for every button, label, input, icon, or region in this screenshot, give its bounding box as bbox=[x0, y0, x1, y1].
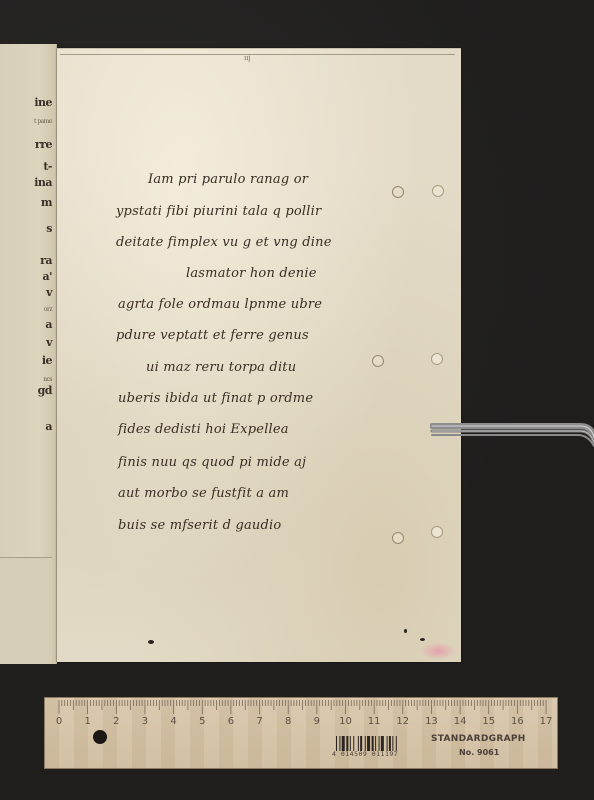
manuscript-line: uberis ibida ut finat p ordme bbox=[118, 391, 313, 406]
barcode-number: 4 014509 011197 bbox=[332, 750, 398, 758]
barcode bbox=[336, 736, 420, 751]
left-page-fragment: ra bbox=[40, 254, 52, 267]
ruler-number: 6 bbox=[228, 716, 234, 727]
ruled-line bbox=[60, 54, 455, 55]
ruler-number: 14 bbox=[454, 716, 467, 727]
ruler-number: 4 bbox=[170, 716, 176, 727]
manuscript-line: fides dedisti hoi Expellea bbox=[118, 422, 289, 437]
left-page-fragment: orz bbox=[44, 306, 52, 313]
left-page-fragment: gd bbox=[38, 384, 52, 397]
ruler-model: No. 9061 bbox=[459, 748, 499, 757]
ruler-number: 15 bbox=[482, 716, 495, 727]
ruler-number: 8 bbox=[285, 716, 291, 727]
left-page-fragment: v bbox=[46, 336, 52, 349]
ruler-number: 5 bbox=[199, 716, 205, 727]
manuscript-line: Iam pri parulo ranag or bbox=[148, 172, 308, 187]
left-page-fragment: ncs bbox=[43, 376, 52, 383]
manuscript-line: finis nuu qs quod pi mide aj bbox=[118, 455, 306, 470]
sewing-hole bbox=[432, 185, 444, 197]
sewing-hole bbox=[431, 353, 443, 365]
ruler-number: 9 bbox=[314, 716, 320, 727]
ruler-number: 11 bbox=[368, 716, 381, 727]
ruler-number: 2 bbox=[113, 716, 119, 727]
manuscript-line: agrta fole ordmau lpnme ubre bbox=[118, 297, 322, 312]
left-page-fragment: a bbox=[45, 318, 52, 331]
left-page-fragment: m bbox=[41, 196, 52, 209]
manuscript-line: ypstati fibi piurini tala q pollir bbox=[116, 204, 321, 219]
metal-page-clip bbox=[430, 420, 594, 490]
ruler-brand: STANDARDGRAPH bbox=[431, 734, 526, 744]
manuscript-line: deitate fimplex vu g et vng dine bbox=[116, 235, 332, 250]
manuscript-line: aut morbo se fustfit a am bbox=[118, 486, 289, 501]
manuscript-leaf bbox=[57, 48, 461, 662]
ruler-hanging-hole bbox=[93, 730, 107, 744]
ruler-number: 3 bbox=[142, 716, 148, 727]
ruler-number: 10 bbox=[339, 716, 352, 727]
left-page-fragment: a bbox=[45, 420, 52, 433]
ruler-number: 7 bbox=[256, 716, 262, 727]
left-page-fragment: t pame bbox=[34, 118, 52, 125]
left-page: inet pamerret-inamsraa'vorzaviencsgda bbox=[0, 44, 57, 664]
left-page-fragment: rre bbox=[35, 138, 52, 151]
sewing-hole bbox=[431, 526, 443, 538]
ruler-number: 17 bbox=[540, 716, 553, 727]
left-page-fragment: s bbox=[46, 222, 52, 235]
ruler-number: 12 bbox=[396, 716, 409, 727]
sewing-hole bbox=[372, 355, 384, 367]
manuscript-line: lasmator hon denie bbox=[186, 266, 317, 281]
manuscript-line: buis se mfserit d gaudio bbox=[118, 518, 281, 533]
ink-spot bbox=[404, 629, 407, 633]
manuscript-line: ui maz reru torpa ditu bbox=[146, 360, 296, 375]
ruler-number: 1 bbox=[84, 716, 90, 727]
left-page-fragment: ina bbox=[34, 176, 52, 189]
left-page-fragment: ie bbox=[42, 354, 52, 367]
left-page-fragment: a' bbox=[43, 270, 53, 283]
ruler-number: 0 bbox=[56, 716, 62, 727]
left-page-fragment: t- bbox=[43, 160, 52, 173]
ink-spot bbox=[420, 638, 425, 641]
left-page-flap bbox=[0, 557, 52, 664]
scale-ruler: 01234567891011121314151617 4 014509 0111… bbox=[44, 697, 558, 769]
left-page-fragment: ine bbox=[34, 96, 52, 109]
ruler-number: 13 bbox=[425, 716, 438, 727]
ink-spot bbox=[148, 640, 154, 644]
folio-mark: ııj bbox=[244, 54, 251, 62]
ruler-number: 16 bbox=[511, 716, 524, 727]
sewing-hole bbox=[392, 532, 404, 544]
sewing-hole bbox=[392, 186, 404, 198]
manuscript-line: pdure veptatt et ferre genus bbox=[116, 328, 309, 343]
left-page-fragment: v bbox=[46, 286, 52, 299]
pink-stain bbox=[420, 642, 456, 660]
